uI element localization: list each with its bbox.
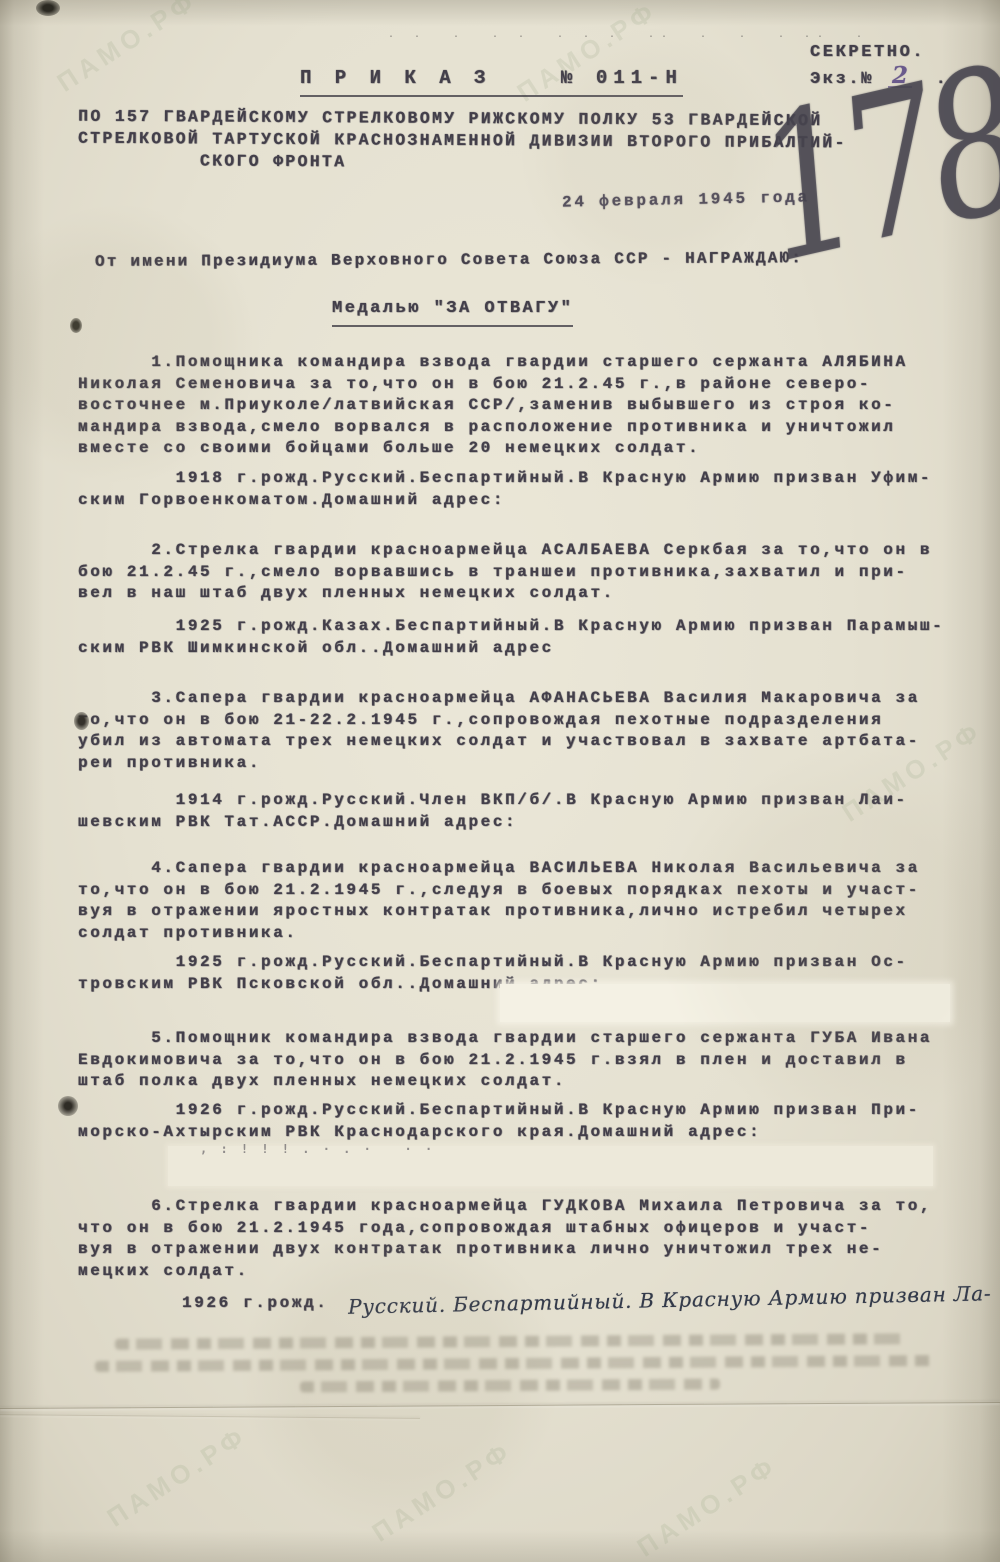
punch-hole: [70, 318, 82, 333]
entry-5-info: 1926 г.рожд.Русский.Беспартийный.В Красн…: [78, 1100, 963, 1143]
bleedthrough-line: [95, 1355, 935, 1372]
paper-defect: [36, 0, 60, 16]
entry-1-citation: 1.Помощника командира взвода гвардии ста…: [78, 352, 963, 460]
site-watermark: ПАМО.РФ: [52, 0, 204, 98]
entry-6-citation: 6.Стрелка гвардии красноармейца ГУДКОВА …: [78, 1196, 963, 1282]
entry-3-citation: 3.Сапера гвардии красноармейца АФАНАСЬЕВ…: [78, 688, 963, 774]
site-watermark: ПАМО.РФ: [367, 1435, 519, 1549]
entry-6-info: 1926 г.рожд. Русский. Беспартийный. В Кр…: [182, 1288, 992, 1315]
entry-3-info: 1914 г.рожд.Русский.Член ВКП/б/.В Красну…: [78, 790, 963, 833]
entry-2-info: 1925 г.рожд.Казах.Беспартийный.В Красную…: [78, 616, 963, 659]
site-watermark: ПАМО.РФ: [102, 1420, 254, 1534]
order-header: ПО 157 ГВАРДЕЙСКОМУ СТРЕЛКОВОМУ РИЖСКОМУ…: [78, 106, 847, 177]
order-title: П Р И К А З № 011-Н: [300, 68, 683, 97]
entry-2-citation: 2.Стрелка гвардии красноармейца АСАЛБАЕВ…: [78, 540, 963, 605]
erased-dash-remnants: , : ! ! ! . · . · · ·: [200, 1142, 435, 1156]
redaction-box: [500, 984, 950, 1022]
document-page: ПАМО.РФ ПАМО.РФ ПАМО.РФ ПАМО.РФ ПАМО.РФ …: [0, 0, 1000, 1562]
bleedthrough-line: [300, 1379, 720, 1393]
preamble: От имени Президиума Верховного Совета Со…: [95, 248, 803, 273]
entry-6-info-typed: 1926 г.рожд.: [182, 1294, 328, 1312]
page-fold-crease: [0, 1414, 420, 1419]
award-heading: Медалью "ЗА ОТВАГУ": [332, 298, 573, 327]
entry-6-info-handwritten: Русский. Беспартийный. В Красную Армию п…: [348, 1281, 992, 1318]
punch-hole: [74, 712, 89, 730]
entry-4-citation: 4.Сапера гвардии красноармейца ВАСИЛЬЕВА…: [78, 858, 963, 944]
bleedthrough-line: [115, 1333, 905, 1350]
top-perforation-dots: · · · · · · · · ·· · · · ·· ·: [388, 32, 869, 43]
page-fold-crease: [0, 1402, 1000, 1409]
entry-1-info: 1918 г.рожд.Русский.Беспартийный.В Красн…: [78, 468, 963, 511]
site-watermark: ПАМО.РФ: [632, 1450, 784, 1562]
entry-5-citation: 5.Помощник командира взвода гвардии стар…: [78, 1028, 963, 1093]
punch-hole: [58, 1096, 78, 1116]
